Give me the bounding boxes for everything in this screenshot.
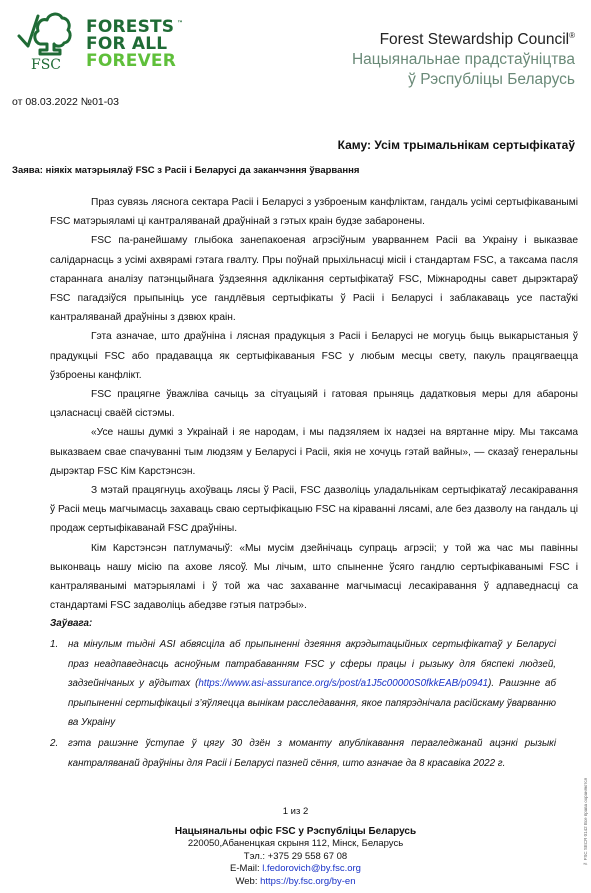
email-link[interactable]: l.fedorovich@by.fsc.org [262,863,361,874]
page-number: 1 из 2 [0,806,591,817]
email-label: E-Mail: [230,863,262,874]
letter-recipient: Каму: Усім трымальнікам сертыфікатаў [338,138,575,152]
org-name-text: Forest Stewardship Council [380,31,570,48]
letter-reference: от 08.03.2022 №01-03 [12,96,119,108]
slogan: FORESTS FOR ALL FOREVER ™ [86,19,176,70]
note-item: 2. гэта рашэнне ўступае ў цягу 30 дзён з… [50,734,556,773]
asi-link[interactable]: https://www.asi-assurance.org/s/post/a1J… [198,678,488,689]
org-sub-line-2: ў Рэспубліцы Беларусь [352,70,575,90]
notes-list: 1. на мінулым тыдні ASI абвясціла аб пры… [50,635,556,773]
fsc-logo: FSC FORESTS FOR ALL FOREVER ™ [16,6,176,72]
paragraph: FSC па-ранейшаму глыбока занепакоеная аг… [50,231,578,327]
organization-header: Forest Stewardship Council® Нацыянальнае… [352,26,575,90]
note-text: гэта рашэнне ўступае ў цягу 30 дзён з мо… [68,738,556,768]
paragraph: Гэта азначае, што драўніна і лясная прад… [50,327,578,385]
notes-title: Заўвага: [50,614,556,633]
svg-text:FSC: FSC [31,57,61,72]
notes-section: Заўвага: 1. на мінулым тыдні ASI абвясці… [50,614,556,775]
paragraph: З мэтай працягнуць ахоўваць лясы ў Расіі… [50,481,578,539]
paragraph: Праз сувязь ляснога сектара Расіі і Бела… [50,193,578,231]
letter-subject: Заява: ніякіх матэрыялаў FSC з Расіі і Б… [12,165,359,176]
letter-body: Праз сувязь ляснога сектара Расіі і Бела… [50,193,578,615]
paragraph: «Усе нашы думкі з Украінай і яе народам,… [50,423,578,481]
note-item: 1. на мінулым тыдні ASI абвясціла аб пры… [50,635,556,732]
note-number: 2. [50,734,58,753]
slogan-line-3: FOREVER [86,53,176,70]
note-number: 1. [50,635,58,654]
footer: 1 из 2 Нацыянальны офіс FSC у Рэспубліцы… [0,806,591,888]
paragraph: Кім Карстэнсэн патлумачыў: «Мы мусім дзе… [50,539,578,616]
paragraph: FSC працягне ўважліва сачыць за сітуацыя… [50,385,578,423]
web-link[interactable]: https://by.fsc.org/by-en [260,876,355,887]
footer-address: 220050,Абаненцкая скрыня 112, Мінск, Бел… [0,838,591,851]
footer-web: Web: https://by.fsc.org/by-en [0,876,591,889]
trademark-mark: ™ [177,15,183,32]
registered-mark: ® [569,31,575,40]
document-code: ™FSC SECR 0142 Все права охраняются [583,778,588,865]
org-name: Forest Stewardship Council® [352,26,575,50]
fsc-tree-checkmark-icon: FSC [16,6,76,72]
footer-office: Нацыянальны офіс FSC у Рэспубліцы Белару… [0,825,591,838]
web-label: Web: [235,876,260,887]
footer-email: E-Mail: l.fedorovich@by.fsc.org [0,863,591,876]
footer-phone: Тэл.: +375 29 558 67 08 [0,851,591,864]
org-sub-line-1: Нацыянальнае прадстаўніцтва [352,50,575,70]
